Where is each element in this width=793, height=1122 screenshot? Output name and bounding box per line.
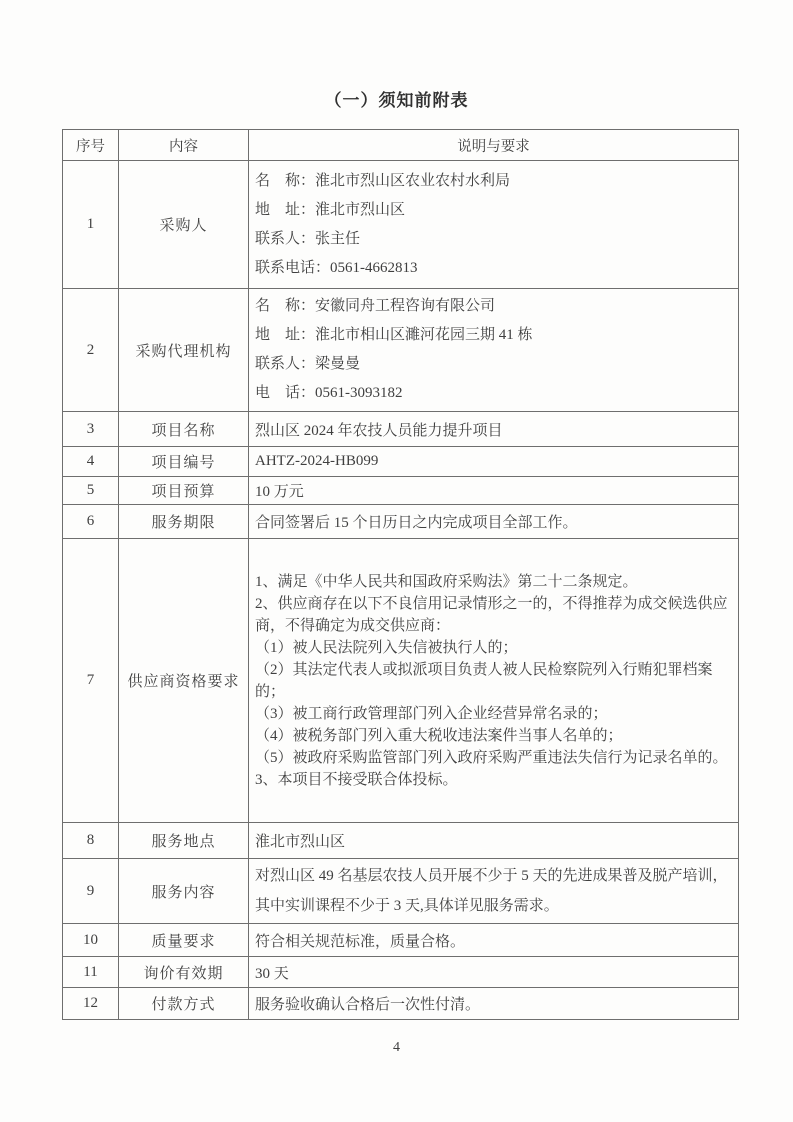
row-number: 10 — [63, 924, 119, 957]
table-row-project-budget: 5 项目预算 10 万元 — [63, 477, 739, 505]
table-row-service-period: 6 服务期限 合同签署后 15 个日历日之内完成项目全部工作。 — [63, 505, 739, 539]
row-description: 名 称：淮北市烈山区农业农村水利局 地 址：淮北市烈山区 联系人：张主任 联系电… — [249, 161, 739, 289]
project-number-value: AHTZ-2024-HB099 — [255, 453, 732, 470]
qualification-subitem: （4）被税务部门列入重大税收违法案件当事人名单的； — [255, 725, 732, 747]
quote-validity-value: 30 天 — [255, 962, 732, 983]
document-page: （一）须知前附表 序号 内容 说明与要求 1 采购人 名 称：淮北市烈山区农业农… — [0, 0, 793, 1122]
table-row-service-location: 8 服务地点 淮北市烈山区 — [63, 823, 739, 859]
row-description: 符合相关规范标准，质量合格。 — [249, 924, 739, 957]
row-description: 烈山区 2024 年农技人员能力提升项目 — [249, 412, 739, 447]
purchaser-phone: 联系电话：0561-4662813 — [255, 254, 732, 283]
notice-schedule-table: 序号 内容 说明与要求 1 采购人 名 称：淮北市烈山区农业农村水利局 地 址：… — [62, 129, 739, 1020]
agency-contact: 联系人：梁曼曼 — [255, 350, 732, 379]
row-description: AHTZ-2024-HB099 — [249, 447, 739, 477]
header-cell-index: 序号 — [63, 130, 119, 161]
header-cell-content: 内容 — [119, 130, 249, 161]
row-description: 服务验收确认合格后一次性付清。 — [249, 988, 739, 1020]
qualification-item: 1、满足《中华人民共和国政府采购法》第二十二条规定。 — [255, 571, 732, 593]
page-title: （一）须知前附表 — [0, 86, 793, 111]
table-row-payment-method: 12 付款方式 服务验收确认合格后一次性付清。 — [63, 988, 739, 1020]
row-label: 采购代理机构 — [119, 289, 249, 412]
qualification-subitem: （3）被工商行政管理部门列入企业经营异常名录的； — [255, 703, 732, 725]
row-number: 11 — [63, 957, 119, 988]
row-number: 8 — [63, 823, 119, 859]
row-number: 1 — [63, 161, 119, 289]
row-description: 1、满足《中华人民共和国政府采购法》第二十二条规定。 2、供应商存在以下不良信用… — [249, 539, 739, 823]
quality-requirements-value: 符合相关规范标准，质量合格。 — [255, 930, 732, 951]
row-description: 淮北市烈山区 — [249, 823, 739, 859]
header-cell-description: 说明与要求 — [249, 130, 739, 161]
purchaser-name: 名 称：淮北市烈山区农业农村水利局 — [255, 167, 732, 196]
purchaser-address: 地 址：淮北市烈山区 — [255, 196, 732, 225]
row-number: 4 — [63, 447, 119, 477]
row-label: 服务地点 — [119, 823, 249, 859]
qualification-subitem: （5）被政府采购监管部门列入政府采购严重违法失信行为记录名单的。 — [255, 747, 732, 769]
row-number: 12 — [63, 988, 119, 1020]
table-row-quality-requirements: 10 质量要求 符合相关规范标准，质量合格。 — [63, 924, 739, 957]
table-row-purchaser: 1 采购人 名 称：淮北市烈山区农业农村水利局 地 址：淮北市烈山区 联系人：张… — [63, 161, 739, 289]
page-number: 4 — [0, 1040, 793, 1056]
row-description: 30 天 — [249, 957, 739, 988]
row-label: 询价有效期 — [119, 957, 249, 988]
row-label: 付款方式 — [119, 988, 249, 1020]
table-row-supplier-qualifications: 7 供应商资格要求 1、满足《中华人民共和国政府采购法》第二十二条规定。 2、供… — [63, 539, 739, 823]
purchaser-contact: 联系人：张主任 — [255, 225, 732, 254]
table-row-service-content: 9 服务内容 对烈山区 49 名基层农技人员开展不少于 5 天的先进成果普及脱产… — [63, 859, 739, 924]
row-label: 服务内容 — [119, 859, 249, 924]
row-label: 项目名称 — [119, 412, 249, 447]
row-number: 2 — [63, 289, 119, 412]
row-number: 9 — [63, 859, 119, 924]
row-number: 3 — [63, 412, 119, 447]
agency-name: 名 称：安徽同舟工程咨询有限公司 — [255, 292, 732, 321]
table-row-agency: 2 采购代理机构 名 称：安徽同舟工程咨询有限公司 地 址：淮北市相山区濉河花园… — [63, 289, 739, 412]
qualification-item: 2、供应商存在以下不良信用记录情形之一的，不得推荐为成交候选供应商，不得确定为成… — [255, 593, 732, 637]
qualification-subitem: （2）其法定代表人或拟派项目负责人被人民检察院列入行贿犯罪档案的； — [255, 659, 732, 703]
project-name-value: 烈山区 2024 年农技人员能力提升项目 — [255, 419, 732, 440]
agency-phone: 电 话：0561-3093182 — [255, 379, 732, 408]
row-label: 项目编号 — [119, 447, 249, 477]
agency-address: 地 址：淮北市相山区濉河花园三期 41 栋 — [255, 321, 732, 350]
row-number: 6 — [63, 505, 119, 539]
row-label: 质量要求 — [119, 924, 249, 957]
service-period-value: 合同签署后 15 个日历日之内完成项目全部工作。 — [255, 511, 732, 532]
row-number: 7 — [63, 539, 119, 823]
qualification-item: 3、本项目不接受联合体投标。 — [255, 769, 732, 791]
row-label: 服务期限 — [119, 505, 249, 539]
project-budget-value: 10 万元 — [255, 480, 732, 501]
row-description: 10 万元 — [249, 477, 739, 505]
row-description: 名 称：安徽同舟工程咨询有限公司 地 址：淮北市相山区濉河花园三期 41 栋 联… — [249, 289, 739, 412]
table-row-project-name: 3 项目名称 烈山区 2024 年农技人员能力提升项目 — [63, 412, 739, 447]
service-location-value: 淮北市烈山区 — [255, 830, 732, 851]
row-label: 项目预算 — [119, 477, 249, 505]
table-row-project-number: 4 项目编号 AHTZ-2024-HB099 — [63, 447, 739, 477]
row-description: 合同签署后 15 个日历日之内完成项目全部工作。 — [249, 505, 739, 539]
row-label: 采购人 — [119, 161, 249, 289]
row-description: 对烈山区 49 名基层农技人员开展不少于 5 天的先进成果普及脱产培训，其中实训… — [249, 859, 739, 924]
payment-method-value: 服务验收确认合格后一次性付清。 — [255, 993, 732, 1014]
row-number: 5 — [63, 477, 119, 505]
service-content-value: 对烈山区 49 名基层农技人员开展不少于 5 天的先进成果普及脱产培训，其中实训… — [255, 861, 732, 921]
row-label: 供应商资格要求 — [119, 539, 249, 823]
qualification-subitem: （1）被人民法院列入失信被执行人的； — [255, 637, 732, 659]
table-header-row: 序号 内容 说明与要求 — [63, 130, 739, 161]
table-row-quote-validity: 11 询价有效期 30 天 — [63, 957, 739, 988]
